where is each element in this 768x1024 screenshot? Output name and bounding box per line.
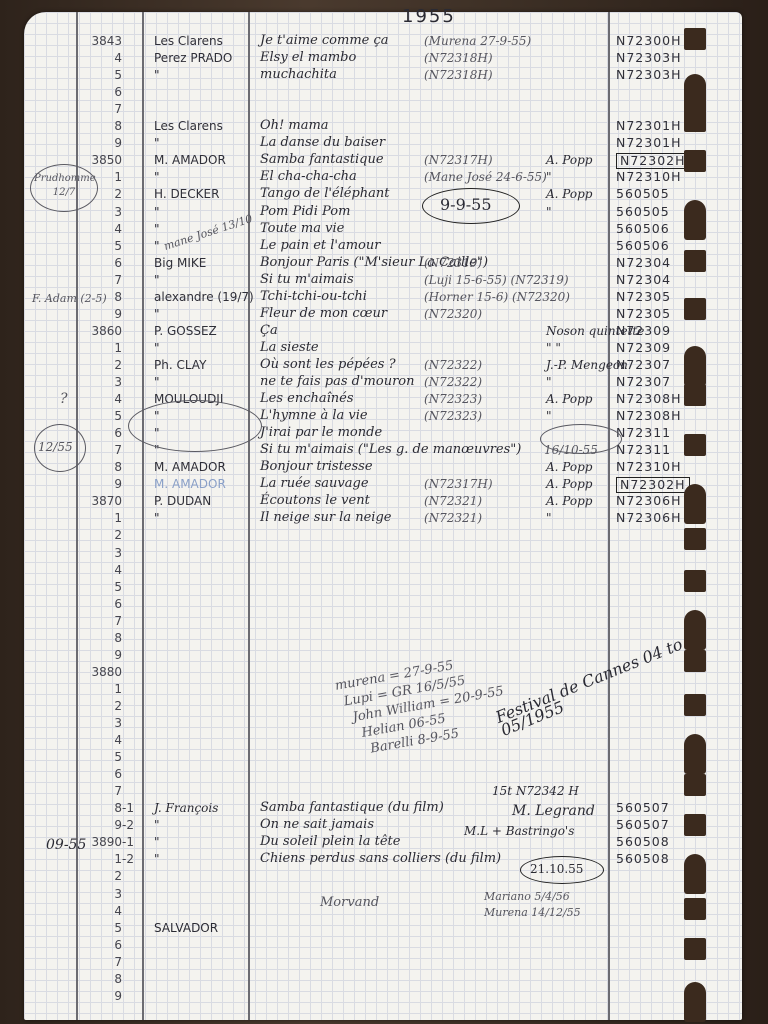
row-number: 3 [24,716,122,730]
binder-hole [684,434,706,456]
row-title: On ne sait jamais [260,818,374,832]
row-artist: H. DECKER [154,187,219,201]
binder-hole [684,200,706,240]
row-reference: (N72323) [424,392,482,406]
row-title: muchachita [260,68,337,82]
ledger-page: 1955 3843Les ClarensJe t'aime comme ça(M… [24,12,742,1020]
row-label: " [546,170,552,184]
binder-hole [684,528,706,550]
row-title: Où sont les pépées ? [260,358,396,372]
annotation-oval [540,424,622,454]
row-title: Si tu m'aimais ("Les g. de manœuvres") [260,443,521,457]
annotation-festival: Festival de Cannes 04 to 05/1955 [494,630,708,738]
row-title: Samba fantastique (du film) [260,801,444,815]
row-artist: P. GOSSEZ [154,324,217,338]
row-number: 9 [24,648,122,662]
column-rule [142,12,144,1020]
row-artist: Big MIKE [154,256,206,270]
column-rule [608,12,610,1020]
row-number: 4 [24,51,122,65]
row-number: 6 [24,256,122,270]
row-catalog-number: N72300H [616,34,682,48]
row-number: 7 [24,273,122,287]
row-number: 5 [24,68,122,82]
row-catalog-number: N72302H [616,477,690,493]
row-artist: Perez PRADO [154,51,232,65]
row-catalog-number: N72301H [616,136,682,150]
row-number: 6 [24,938,122,952]
annotation-question: ? [60,392,68,406]
row-title: Bonjour tristesse [260,460,373,474]
row-number: 5 [24,580,122,594]
row-label: A. Popp [546,494,592,508]
row-title: Écoutons le vent [260,494,370,508]
annotation-prudhomme: Prudhomme 12/7 [34,172,94,200]
row-number: 3 [24,887,122,901]
row-reference: (N72318H) [424,51,493,65]
row-title: ne te fais pas d'mouron [260,375,414,389]
row-title: Samba fantastique [260,153,384,167]
row-artist: " [154,170,160,184]
row-artist: " [154,307,160,321]
row-number: 5 [24,921,122,935]
binder-hole [684,898,706,920]
row-label: A. Popp [546,477,592,491]
annotation-morvand: Morvand [320,896,379,910]
row-number: 7 [24,955,122,969]
mouloudji-oval [128,400,262,452]
row-title: Du soleil plein la tête [260,835,400,849]
row-number: 4 [24,222,122,236]
row-label: " [546,375,552,389]
annotation-fadam: F. Adam (2-5) [32,292,107,306]
row-title: Les enchaînés [260,392,354,406]
row-title: El cha-cha-cha [260,170,357,184]
row-artist: " [154,239,160,253]
row-catalog-number: N72311 [616,426,671,440]
row-label: A. Popp [546,187,592,201]
binder-hole [684,150,706,172]
row-number: 7 [24,614,122,628]
row-artist: " [154,222,160,236]
annotation-n72342: 15t N72342 H [492,784,579,798]
row-number: 2 [24,699,122,713]
row-title: Oh! mama [260,119,329,133]
row-number: 2 [24,358,122,372]
row-artist: " [154,205,160,219]
row-number: 4 [24,904,122,918]
row-number: 2 [24,869,122,883]
row-number: 2 [24,528,122,542]
binder-hole [684,814,706,836]
row-reference: (Murena 27-9-55) [424,34,531,48]
row-reference: (N72318H) [424,68,493,82]
row-catalog-number: N72304 [616,273,671,287]
row-catalog-number: 560505 [616,187,670,201]
row-artist: P. DUDAN [154,494,211,508]
row-artist: M. AMADOR [154,477,226,491]
row-number: 1-2 [24,852,134,866]
row-title: J'irai par le monde [260,426,382,440]
annotation-1255: 12/55 [38,440,73,454]
row-title: Fleur de mon cœur [260,307,387,321]
row-title: Tchi-tchi-ou-tchi [260,290,367,304]
row-artist: " [154,835,160,849]
row-catalog-number: N72306H [616,494,682,508]
binder-hole [684,298,706,320]
row-reference: (N72320) [424,307,482,321]
row-number: 9 [24,477,122,491]
row-number: 6 [24,85,122,99]
row-number: 8 [24,119,122,133]
row-number: 5 [24,409,122,423]
row-title: La sieste [260,341,319,355]
row-title: Elsy el mambo [260,51,356,65]
row-number: 6 [24,767,122,781]
row-artist: SALVADOR [154,921,218,935]
page-year: 1955 [402,10,456,24]
row-number: 8 [24,972,122,986]
row-artist: " [154,273,160,287]
row-artist: Ph. CLAY [154,358,206,372]
row-title: L'hymne à la vie [260,409,368,423]
row-catalog-number: 560507 [616,818,670,832]
row-catalog-number: N72303H [616,68,682,82]
annotation-mane-jose: mane José 13/10 [162,212,254,254]
binder-hole [684,610,706,650]
row-catalog-number: 560507 [616,801,670,815]
row-number: 9 [24,989,122,1003]
row-number: 5 [24,239,122,253]
row-number: 3 [24,546,122,560]
row-number: 9 [24,307,122,321]
row-artist: " [154,375,160,389]
row-label: A. Popp [546,392,592,406]
row-artist: " [154,68,160,82]
row-artist: M. AMADOR [154,153,226,167]
row-title: La danse du baiser [260,136,385,150]
row-artist: Les Clarens [154,34,223,48]
row-catalog-number: 560508 [616,852,670,866]
annotation-ml-bastringo: M.L + Bastringo's [464,824,574,838]
binder-hole [684,484,706,524]
row-number: 9-2 [24,818,134,832]
annotation-date-2110: 21.10.55 [530,862,583,876]
row-label: " " [546,341,561,355]
row-artist: alexandre (19/7) [154,290,254,304]
row-catalog-number: N72308H [616,392,682,406]
row-title: Je t'aime comme ça [260,34,389,48]
binder-hole [684,74,706,114]
row-title: Tango de l'éléphant [260,187,390,201]
row-catalog-number: 560506 [616,239,670,253]
row-number: 4 [24,563,122,577]
row-number: 3 [24,375,122,389]
row-reference: (N72317H) [424,153,493,167]
row-reference: (N72323) [424,409,482,423]
row-number: 3870 [24,494,122,508]
row-label: A. Popp [546,153,592,167]
binder-hole [684,570,706,592]
row-artist: " [154,852,160,866]
row-catalog-number: N72311 [616,443,671,457]
row-catalog-number: N72308H [616,409,682,423]
row-catalog-number: 560508 [616,835,670,849]
row-number: 6 [24,597,122,611]
row-reference: (N72322) [424,375,482,389]
row-number: 3860 [24,324,122,338]
row-label: " [546,205,552,219]
row-catalog-number: N72309 [616,324,671,338]
row-title: Toute ma vie [260,222,344,236]
row-reference: (N72321) [424,494,482,508]
row-title: Si tu m'aimais [260,273,354,287]
row-title: Le pain et l'amour [260,239,380,253]
row-catalog-number: N72301H [616,119,682,133]
binder-hole [684,110,706,132]
row-catalog-number: N72307 [616,358,671,372]
row-number: 8-1 [24,801,134,815]
row-catalog-number: N72309 [616,341,671,355]
row-reference: (N72321) [424,511,482,525]
row-artist: " [154,511,160,525]
binder-hole [684,982,706,1022]
row-label: " [546,511,552,525]
row-artist: " [154,136,160,150]
binder-hole [684,694,706,716]
row-title: Ça [260,324,278,338]
row-reference: (N72319) [424,256,482,270]
annotation-0955: 09-55 [46,838,86,852]
row-number: 1 [24,341,122,355]
row-catalog-number: N72305 [616,307,671,321]
row-title: La ruée sauvage [260,477,369,491]
row-title: Pom Pidi Pom [260,205,350,219]
row-number: 1 [24,511,122,525]
row-catalog-number: 560505 [616,205,670,219]
annotation-murena: Murena 14/12/55 [484,906,581,920]
row-catalog-number: N72302H [616,153,690,169]
annotation-legrand: M. Legrand [512,804,595,818]
row-artist: " [154,341,160,355]
binder-hole [684,938,706,960]
row-artist: Les Clarens [154,119,223,133]
annotation-date-9955: 9-9-55 [440,198,492,212]
row-number: 4 [24,733,122,747]
row-catalog-number: N72303H [616,51,682,65]
row-number: 4 [24,392,122,406]
row-number: 3880 [24,665,122,679]
binder-hole [684,28,706,50]
row-number: 5 [24,750,122,764]
row-catalog-number: 560506 [616,222,670,236]
binder-hole [684,774,706,796]
row-catalog-number: N72306H [616,511,682,525]
row-catalog-number: N72307 [616,375,671,389]
row-title: Chiens perdus sans colliers (du film) [260,852,501,866]
row-reference: (Mane José 24-6-55) [424,170,547,184]
row-artist: " [154,818,160,832]
row-catalog-number: N72305 [616,290,671,304]
row-reference: (Horner 15-6) (N72320) [424,290,570,304]
annotation-mariano: Mariano 5/4/56 [484,890,570,904]
row-number: 3843 [24,34,122,48]
binder-hole [684,250,706,272]
row-number: 7 [24,102,122,116]
row-catalog-number: N72310H [616,460,682,474]
row-number: 9 [24,136,122,150]
binder-hole [684,650,706,672]
row-label: " [546,409,552,423]
row-reference: (Luji 15-6-55) (N72319) [424,273,569,287]
row-number: 1 [24,682,122,696]
binder-hole [684,734,706,774]
row-number: 8 [24,631,122,645]
binder-hole [684,346,706,386]
row-reference: (N72322) [424,358,482,372]
column-rule [248,12,250,1020]
row-label: A. Popp [546,460,592,474]
row-catalog-number: N72304 [616,256,671,270]
row-title: Il neige sur la neige [260,511,391,525]
row-reference: (N72317H) [424,477,493,491]
row-artist: M. AMADOR [154,460,226,474]
row-number: 7 [24,784,122,798]
row-catalog-number: N72310H [616,170,682,184]
binder-hole [684,854,706,894]
row-artist: J. François [154,801,218,815]
binder-hole [684,384,706,406]
